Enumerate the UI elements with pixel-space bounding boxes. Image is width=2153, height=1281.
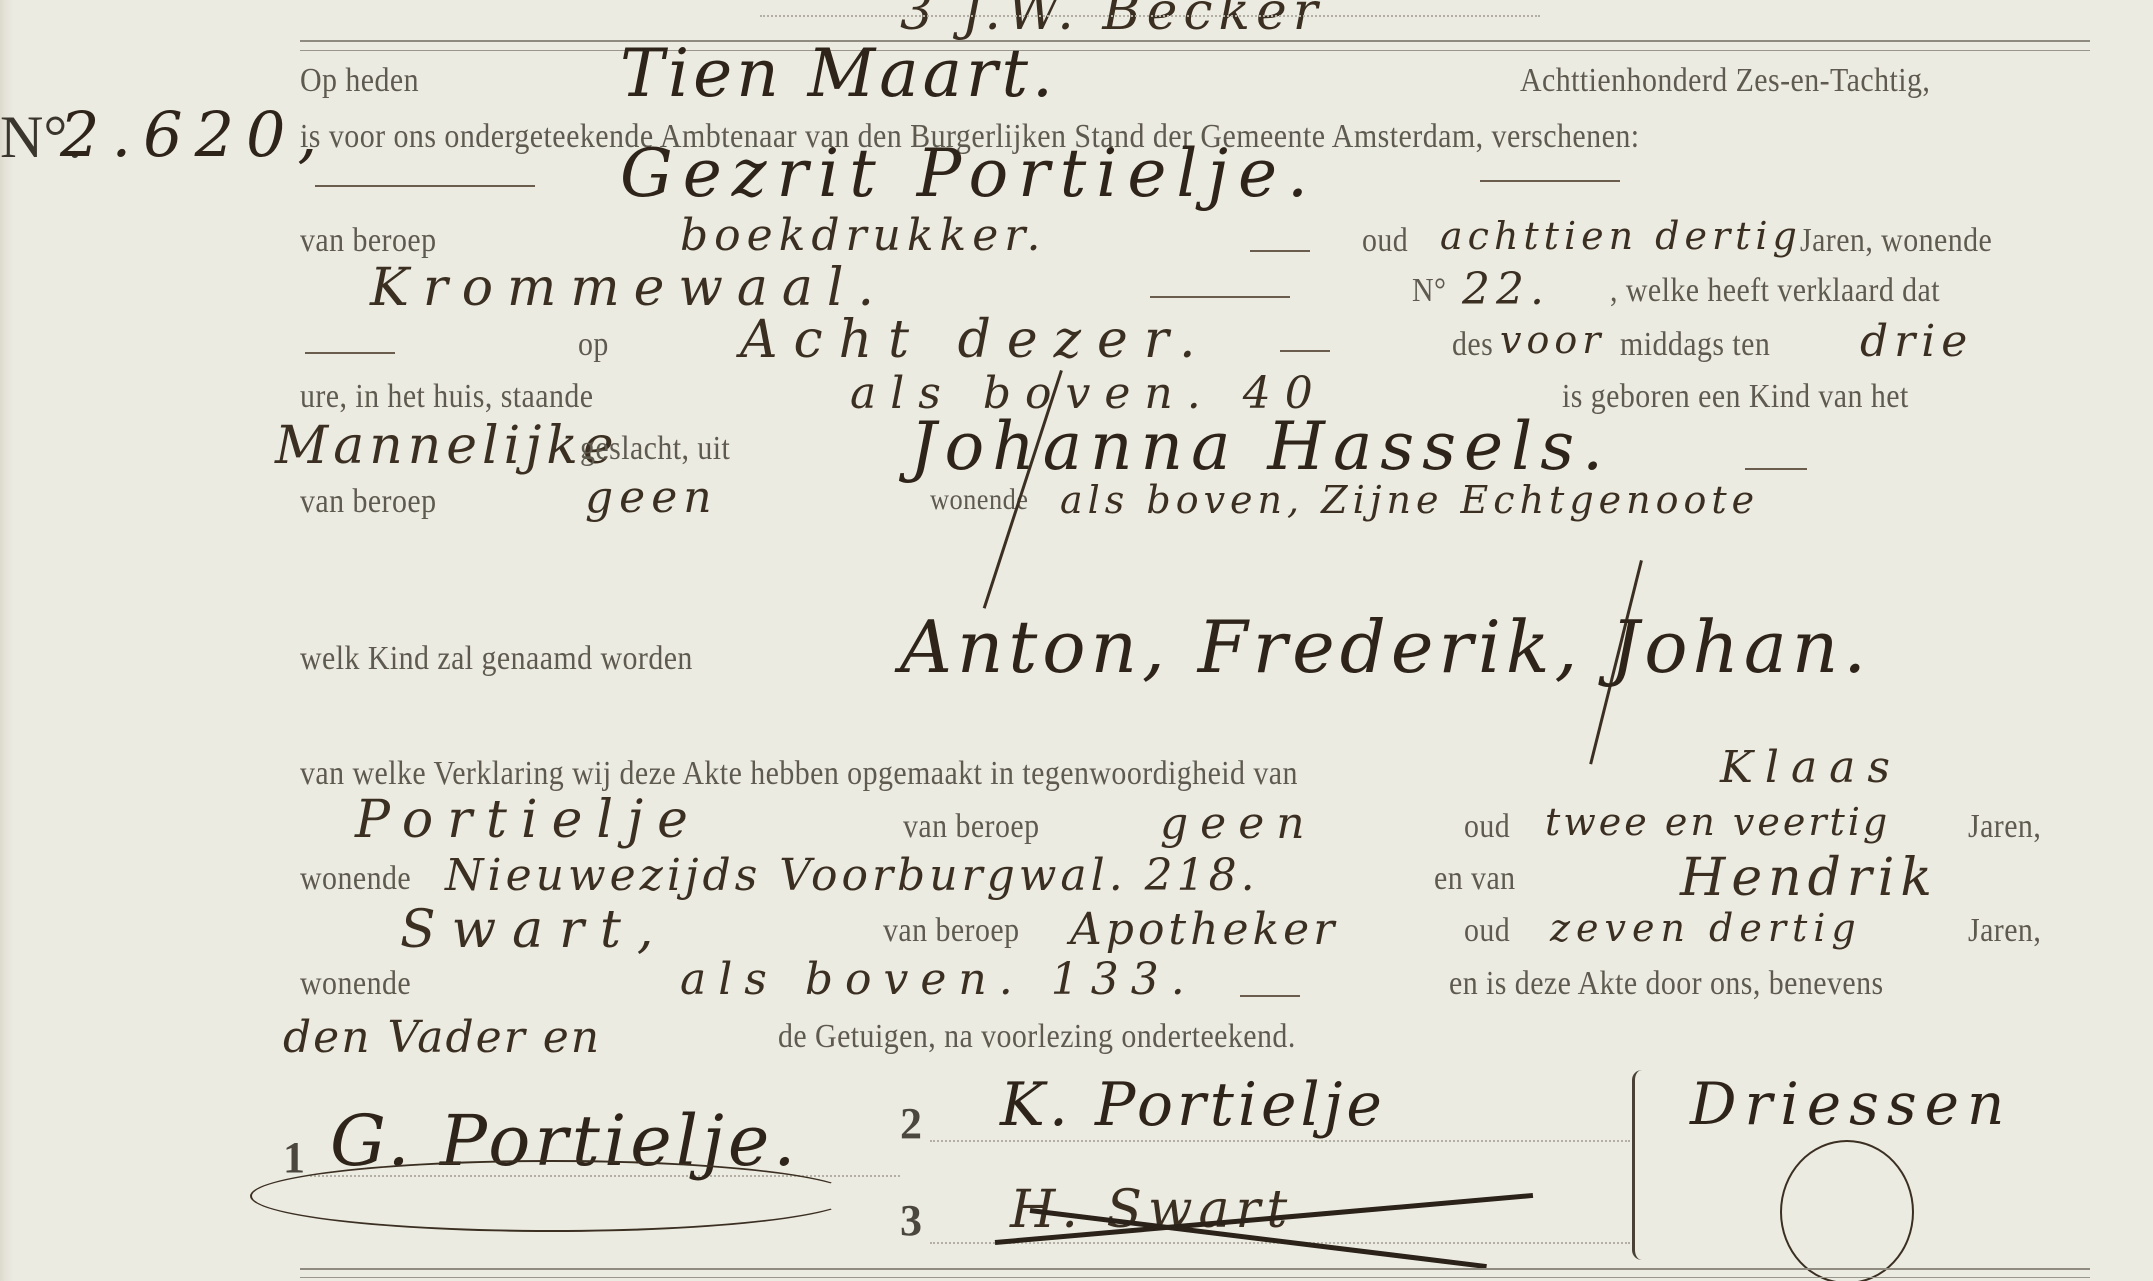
hand-mother-occupation: geen bbox=[585, 472, 718, 523]
print-jaren-wonende: Jaren, wonende bbox=[1800, 222, 1992, 260]
bottom-rule-2 bbox=[300, 1277, 2090, 1278]
hand-hour: drie bbox=[1860, 316, 1973, 367]
hand-witness1-residence: Nieuwezijds Voorburgwal. 218. bbox=[445, 850, 1259, 901]
signature-flourish bbox=[1780, 1140, 1914, 1281]
print-van-beroep: van beroep bbox=[883, 912, 1019, 950]
print-oud: oud bbox=[1464, 808, 1510, 846]
print-jaren: Jaren, bbox=[1968, 912, 2041, 950]
print-geboren: is geboren een Kind van het bbox=[1562, 378, 1909, 416]
print-wonende: wonende bbox=[300, 965, 411, 1003]
print-genaamd: welk Kind zal genaamd worden bbox=[300, 640, 693, 678]
print-van-beroep: van beroep bbox=[300, 483, 436, 521]
hand-witness1-age: twee en veertig bbox=[1545, 800, 1890, 844]
print-jaren: Jaren, bbox=[1968, 808, 2041, 846]
hand-mother-residence: als boven, Zijne Echtgenoote bbox=[1060, 478, 1759, 522]
hand-den-vader-en: den Vader en bbox=[283, 1012, 601, 1063]
print-ure-huis: ure, in het huis, staande bbox=[300, 378, 594, 416]
dash bbox=[305, 352, 395, 354]
hand-sex: Mannelijke bbox=[275, 416, 619, 476]
signature-index-3: 3 bbox=[900, 1195, 922, 1246]
hand-father-age: achttien dertig bbox=[1440, 214, 1802, 258]
hand-father-occupation: boekdrukker. bbox=[680, 210, 1046, 261]
print-akte-door-ons: en is deze Akte door ons, benevens bbox=[1449, 965, 1884, 1003]
dash bbox=[1150, 296, 1290, 298]
hand-witness2-residence: als boven. 133. bbox=[680, 954, 1197, 1005]
print-verklaring: van welke Verklaring wij deze Akte hebbe… bbox=[300, 755, 1298, 793]
dash bbox=[1480, 180, 1620, 182]
print-oud: oud bbox=[1362, 222, 1408, 260]
top-rule-2 bbox=[300, 50, 2090, 51]
print-no: N° bbox=[1412, 272, 1446, 310]
dash bbox=[1745, 468, 1807, 470]
hand-birth-day: Acht dezer. bbox=[740, 310, 1212, 370]
print-en-van: en van bbox=[1434, 860, 1516, 898]
dash bbox=[315, 185, 535, 187]
bottom-rule bbox=[300, 1268, 2090, 1270]
hand-father-street: Krommewaal. bbox=[370, 258, 888, 318]
hand-witness2-age: zeven dertig bbox=[1550, 906, 1862, 950]
dash bbox=[1250, 250, 1310, 252]
print-op: op bbox=[578, 326, 609, 364]
print-van-beroep: van beroep bbox=[300, 222, 436, 260]
print-verklaard: , welke heeft verklaard dat bbox=[1610, 272, 1940, 310]
top-rule-1 bbox=[300, 40, 2090, 42]
signature-registrar: Driessen bbox=[1690, 1070, 2012, 1138]
print-oud: oud bbox=[1464, 912, 1510, 950]
record-number: 2.620, bbox=[60, 98, 329, 171]
hand-witness1-occupation: geen bbox=[1160, 798, 1317, 849]
hand-witness1-last: Portielje bbox=[355, 790, 702, 850]
signature-dotted-line bbox=[760, 15, 1540, 17]
hand-witness2-first: Hendrik bbox=[1680, 848, 1938, 908]
signature-line-2 bbox=[930, 1140, 1630, 1142]
print-year: Achttienhonderd Zes-en-Tachtig, bbox=[1520, 62, 1930, 100]
hand-witness1-first: Klaas bbox=[1720, 742, 1902, 793]
hand-voor: voor bbox=[1500, 318, 1605, 362]
brace bbox=[1632, 1070, 1649, 1260]
signature-2: K. Portielje bbox=[1000, 1070, 1386, 1140]
hand-date: Tien Maart. bbox=[620, 35, 1057, 112]
print-des: des bbox=[1452, 326, 1493, 364]
dash bbox=[1240, 995, 1300, 997]
print-van-beroep: van beroep bbox=[903, 808, 1039, 846]
signature-index-2: 2 bbox=[900, 1098, 922, 1149]
hand-child-name: Anton, Frederik, Johan. bbox=[900, 605, 1871, 689]
signature-flourish bbox=[250, 1160, 854, 1232]
print-getuigen: de Getuigen, na voorlezing onderteekend. bbox=[778, 1018, 1296, 1056]
hand-house-number: 22. bbox=[1462, 264, 1550, 315]
hand-father-name: Gezrit Portielje. bbox=[620, 135, 1318, 212]
dash bbox=[1280, 350, 1330, 352]
print-geslacht-uit: geslacht, uit bbox=[580, 430, 730, 468]
birth-record-page: 3 J.W. Becker N°. 2.620, Op heden Tien M… bbox=[0, 0, 2153, 1281]
hand-witness2-occupation: Apotheker bbox=[1070, 904, 1338, 955]
print-op-heden: Op heden bbox=[300, 62, 419, 100]
hand-mother-name: Johanna Hassels. bbox=[910, 408, 1611, 485]
print-middags-ten: middags ten bbox=[1620, 326, 1770, 364]
print-wonende: wonende bbox=[300, 860, 411, 898]
hand-witness2-last: Swart, bbox=[400, 900, 669, 960]
